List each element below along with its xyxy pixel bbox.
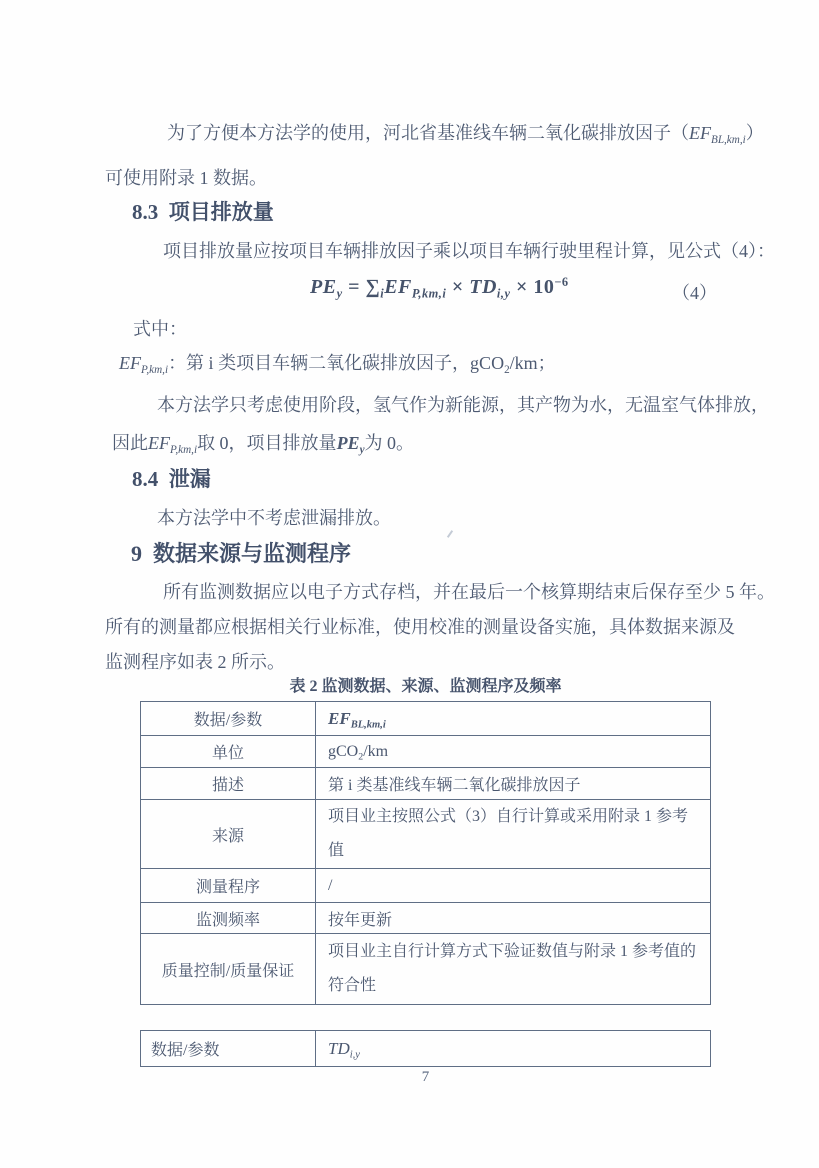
- where-label: 式中：: [133, 317, 187, 341]
- ef-definition-text: ：第 i 类项目车辆二氧化碳排放因子，gCO: [168, 353, 504, 373]
- usage-pre: 因此: [112, 433, 148, 453]
- row-value: 按年更新: [316, 903, 710, 933]
- row-value: gCO2/km: [316, 736, 710, 767]
- monitoring-line-1: 所有监测数据应以电子方式存档，并在最后一个核算期结束后保存至少 5 年。: [163, 580, 775, 604]
- value-line: 项目业主自行计算方式下验证数值与附录 1 参考值的: [328, 935, 710, 969]
- scan-speck: [447, 530, 453, 538]
- summation-symbol: ∑i: [365, 276, 384, 298]
- ef-p-variable-2: EFP,km,i: [148, 433, 197, 453]
- table-row-monitoring-frequency: 监测频率 按年更新: [141, 902, 710, 933]
- section-9-number: 9: [131, 541, 142, 566]
- row-label: 单位: [141, 736, 316, 767]
- formula-power: 10−6: [533, 276, 568, 298]
- document-page: 为了方便本方法学的使用，河北省基准线车辆二氧化碳排放因子（EFBL,km,i） …: [0, 0, 819, 1168]
- value-line: 值: [328, 834, 710, 868]
- monitoring-table: 数据/参数 EFBL,km,i 单位 gCO2/km 描述 第 i 类基准线车辆…: [140, 701, 711, 1005]
- value-line: /: [328, 877, 710, 895]
- ef-p-variable: EFP,km,i: [119, 353, 168, 373]
- row-label: 监测频率: [141, 903, 316, 933]
- usage-line-2: 因此EFP,km,i取 0，项目排放量PEy为 0。: [112, 431, 414, 455]
- row-label: 测量程序: [141, 869, 316, 902]
- td-parameter-table: 数据/参数 TDi,y: [140, 1030, 711, 1067]
- multiply-sign-1: ×: [452, 276, 464, 298]
- row-label: 描述: [141, 768, 316, 799]
- intro-line-2: 可使用附录 1 数据。: [105, 166, 267, 190]
- ef-definition-unit: /km；: [510, 353, 556, 373]
- usage-post: 为 0。: [365, 433, 415, 453]
- section-8-4-number: 8.4: [132, 467, 158, 491]
- intro-close-paren: ）: [746, 123, 764, 143]
- formula-td: TDi,y: [469, 276, 510, 298]
- row-value: 第 i 类基准线车辆二氧化碳排放因子: [316, 768, 710, 799]
- formula-ef: EFP,km,i: [384, 276, 446, 298]
- td-variable-cell: TDi,y: [328, 1039, 710, 1059]
- table-2-caption: 表 2 监测数据、来源、监测程序及频率: [140, 673, 711, 696]
- section-8-3-heading: 8.3 项目排放量: [132, 196, 274, 226]
- unit-value: gCO2/km: [328, 743, 710, 761]
- row-label: 来源: [141, 800, 316, 868]
- formula-pe: PEy: [310, 276, 343, 298]
- section-9-title: 数据来源与监测程序: [153, 541, 351, 566]
- row-label: 数据/参数: [141, 1031, 316, 1066]
- row-value: 项目业主自行计算方式下验证数值与附录 1 参考值的 符合性: [316, 934, 710, 1004]
- ef-bl-variable: EFBL,km,i: [689, 123, 746, 143]
- section-9-heading: 9 数据来源与监测程序: [131, 537, 351, 568]
- monitoring-line-2: 所有的测量都应根据相关行业标准，使用校准的测量设备实施，具体数据来源及: [105, 615, 735, 639]
- leakage-paragraph: 本方法学中不考虑泄漏排放。: [157, 506, 391, 530]
- usage-line-1: 本方法学只考虑使用阶段，氢气作为新能源，其产物为水，无温室气体排放，: [157, 393, 769, 417]
- intro-line-1: 为了方便本方法学的使用，河北省基准线车辆二氧化碳排放因子（EFBL,km,i）: [167, 121, 764, 145]
- usage-mid: 取 0，项目排放量: [197, 433, 337, 453]
- table-row-parameter-td: 数据/参数 TDi,y: [141, 1031, 710, 1066]
- table-row-parameter: 数据/参数 EFBL,km,i: [141, 702, 710, 735]
- value-line: 第 i 类基准线车辆二氧化碳排放因子: [328, 772, 710, 795]
- value-line: 按年更新: [328, 907, 710, 930]
- formula-4: PEy = ∑iEFP,km,i × TDi,y × 10−6: [310, 276, 569, 299]
- row-value: 项目业主按照公式（3）自行计算或采用附录 1 参考 值: [316, 800, 710, 868]
- project-emission-intro: 项目排放量应按项目车辆排放因子乘以项目车辆行驶里程计算，见公式（4）：: [163, 239, 775, 263]
- pe-y-variable: PEy: [337, 433, 365, 453]
- equation-number: （4）: [672, 279, 717, 305]
- row-label: 数据/参数: [141, 702, 316, 735]
- table-row-source: 来源 项目业主按照公式（3）自行计算或采用附录 1 参考 值: [141, 799, 710, 868]
- monitoring-line-3: 监测程序如表 2 所示。: [105, 650, 285, 674]
- row-value: EFBL,km,i: [316, 702, 710, 735]
- row-value: /: [316, 869, 710, 902]
- intro-text: 为了方便本方法学的使用，河北省基准线车辆二氧化碳排放因子（: [167, 123, 689, 143]
- page-number: 7: [140, 1069, 711, 1086]
- section-8-4-heading: 8.4 泄漏: [132, 463, 211, 493]
- section-8-3-title: 项目排放量: [169, 200, 274, 224]
- table-row-measurement-procedure: 测量程序 /: [141, 868, 710, 902]
- ef-bl-variable-cell: EFBL,km,i: [328, 709, 710, 729]
- value-line: 项目业主按照公式（3）自行计算或采用附录 1 参考: [328, 800, 710, 834]
- table-row-qa-qc: 质量控制/质量保证 项目业主自行计算方式下验证数值与附录 1 参考值的 符合性: [141, 933, 710, 1004]
- row-value: TDi,y: [316, 1031, 710, 1066]
- equals-sign: =: [348, 276, 360, 298]
- ef-definition: EFP,km,i：第 i 类项目车辆二氧化碳排放因子，gCO2/km；: [119, 351, 556, 375]
- row-label: 质量控制/质量保证: [141, 934, 316, 1004]
- table-row-description: 描述 第 i 类基准线车辆二氧化碳排放因子: [141, 767, 710, 799]
- multiply-sign-2: ×: [516, 276, 528, 298]
- table-row-unit: 单位 gCO2/km: [141, 735, 710, 767]
- section-8-3-number: 8.3: [132, 200, 158, 224]
- value-line: 符合性: [328, 969, 710, 1003]
- section-8-4-title: 泄漏: [169, 467, 211, 491]
